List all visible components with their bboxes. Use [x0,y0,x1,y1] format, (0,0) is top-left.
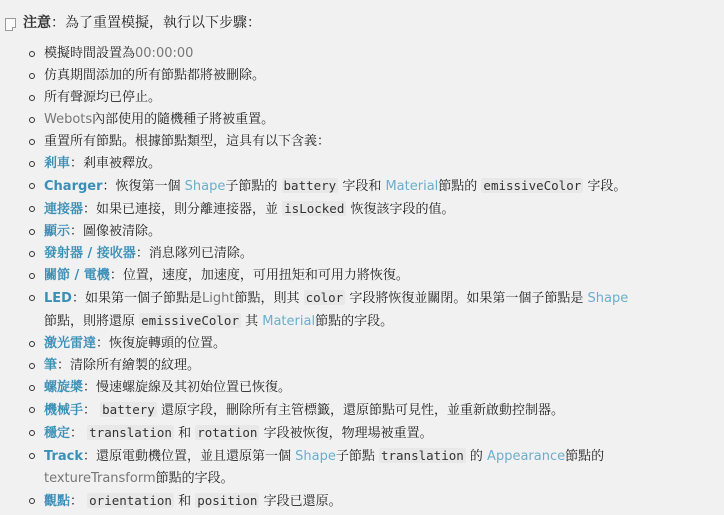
light-term: Light [202,291,234,306]
keyword-viewpoint[interactable]: 觀點 [44,494,70,509]
item-text: 節點的字段。 [315,314,393,329]
list-item-propeller: 螺旋槳：慢速螺旋線及其初始位置已恢復。 [28,377,718,399]
list-item-pen: 筆：清除所有繪製的紋理。 [28,355,718,377]
item-text: 字段將恢復並關閉。如果第一個子節點是 [345,291,587,306]
list-item: Webots內部使用的隨機種子將被重置。 [28,109,718,131]
list-item: 重置所有節點。根據節點類型，這具有以下含義： [28,131,718,153]
item-text: 和 [174,426,195,441]
item-text: 恢復該字段的值。 [346,202,454,217]
item-text: 字段和 [338,179,385,194]
item-text: 其 [241,314,262,329]
time-value: 00:00:00 [135,46,193,61]
list-item-viewpoint: 觀點： orientation 和 position 字段已還原。 [28,490,718,513]
list-item-display: 顯示：圖像被清除。 [28,221,718,243]
keyword-brake[interactable]: 剎車 [44,156,70,171]
code-emissivecolor: emissiveColor [481,178,583,193]
link-shape[interactable]: Shape [295,449,336,464]
list-item: 模擬時間設置為00:00:00 [28,43,718,65]
item-text: 字段被恢復，物理場被重置。 [259,426,432,441]
list-item-emitter-receiver: 發射器 / 接收器：消息隊列已清除。 [28,243,718,265]
item-text: ： [70,426,87,441]
list-item-brake: 剎車：剎車被釋放。 [28,153,718,175]
list-item-charger: Charger：恢復第一個 Shape子節點的 battery 字段和 Mate… [28,175,718,198]
list-item-connector: 連接器：如果已連接，則分離連接器，並 isLocked 恢復該字段的值。 [28,198,718,221]
code-battery: battery [282,178,339,193]
code-translation: translation [87,425,174,440]
keyword-track[interactable]: Track [44,449,83,464]
list-item: 仿真期間添加的所有節點都將被刪除。 [28,65,718,87]
item-continuation: textureTransform節點的字段。 [44,468,718,490]
code-position: position [195,493,259,508]
item-continuation: 節點，則將還原 emissiveColor 其 Material節點的字段。 [44,310,718,333]
item-text: 字段。 [583,179,626,194]
item-text: 和 [174,494,195,509]
keyword-robot[interactable]: 機械手 [44,403,83,418]
item-text: 子節點 [336,449,379,464]
item-text: 的 [466,449,487,464]
item-text: ：如果已連接，則分離連接器，並 [83,202,282,217]
note-page-icon [5,18,16,31]
keyword-lidar[interactable]: 激光雷達 [44,336,96,351]
item-text: ： [70,494,87,509]
item-text: ： [83,403,100,418]
item-text: ：慢速螺旋線及其初始位置已恢復。 [83,380,291,395]
link-material[interactable]: Material [385,179,438,194]
item-text: ：清除所有繪製的紋理。 [57,358,200,373]
item-text: 還原字段，刪除所有主管標籤，還原節點可見性，並重新啟動控制器。 [157,403,564,418]
item-text: 節點，則其 [234,291,303,306]
keyword-led[interactable]: LED [44,291,72,306]
keyword-joint-motor[interactable]: 關節 / 電機 [44,268,110,283]
note-label: 注意 [23,14,51,32]
item-text: ：剎車被釋放。 [70,156,161,171]
list-item-robot: 機械手： battery 還原字段，刪除所有主管標籤，還原節點可見性，並重新啟動… [28,399,718,422]
keyword-connector[interactable]: 連接器 [44,202,83,217]
code-emissivecolor: emissiveColor [139,313,241,328]
link-appearance[interactable]: Appearance [487,449,565,464]
item-text: 內部使用的隨機種子將被重置。 [92,112,274,127]
link-material[interactable]: Material [262,314,315,329]
list-item-solid: 穩定： translation 和 rotation 字段被恢復，物理場被重置。 [28,422,718,445]
item-text: ：恢復旋轉頭的位置。 [96,336,226,351]
item-text: 重置所有節點。根據節點類型，這具有以下含義： [44,134,330,149]
keyword-charger[interactable]: Charger [44,179,103,194]
link-shape[interactable]: Shape [587,291,628,306]
item-text: 字段已還原。 [259,494,341,509]
code-color: color [304,290,346,305]
keyword-pen[interactable]: 筆 [44,358,57,373]
list-item-led: LED：如果第一個子節點是Light節點，則其 color 字段將恢復並關閉。如… [28,287,718,333]
item-text: 節點的 [438,179,481,194]
item-text: 節點的 [565,449,604,464]
keyword-propeller[interactable]: 螺旋槳 [44,380,83,395]
reset-steps-list: 模擬時間設置為00:00:00 仿真期間添加的所有節點都將被刪除。 所有聲源均已… [28,43,718,513]
item-text: ：消息隊列已清除。 [136,246,253,261]
note-text: ：為了重置模擬，執行以下步驟： [51,14,261,32]
code-rotation: rotation [195,425,259,440]
item-text: 所有聲源均已停止。 [44,90,161,105]
note-header: 注意 ：為了重置模擬，執行以下步驟： [5,14,261,32]
list-item: 所有聲源均已停止。 [28,87,718,109]
item-text: 仿真期間添加的所有節點都將被刪除。 [44,68,265,83]
item-text: 節點的字段。 [156,471,234,486]
item-text: 模擬時間設置為 [44,46,135,61]
item-text: ：還原電動機位置，並且還原第一個 [83,449,295,464]
list-item-lidar: 激光雷達：恢復旋轉頭的位置。 [28,333,718,355]
item-text: ：圖像被清除。 [70,224,161,239]
list-item-joint-motor: 關節 / 電機：位置，速度，加速度，可用扭矩和可用力將恢復。 [28,265,718,287]
list-item-track: Track：還原電動機位置，並且還原第一個 Shape子節點 translati… [28,445,718,490]
webots-term: Webots [44,112,92,127]
item-text: ：恢復第一個 [103,179,185,194]
texture-transform-term: textureTransform [44,471,156,486]
item-text: ：位置，速度，加速度，可用扭矩和可用力將恢復。 [110,268,409,283]
item-text: 子節點的 [225,179,281,194]
keyword-display[interactable]: 顯示 [44,224,70,239]
item-text: ：如果第一個子節點是 [72,291,202,306]
item-text: 節點，則將還原 [44,314,139,329]
keyword-solid[interactable]: 穩定 [44,426,70,441]
code-islocked: isLocked [282,201,346,216]
code-battery: battery [100,402,157,417]
code-translation: translation [379,448,466,463]
code-orientation: orientation [87,493,174,508]
keyword-emitter-receiver[interactable]: 發射器 / 接收器 [44,246,136,261]
link-shape[interactable]: Shape [185,179,226,194]
